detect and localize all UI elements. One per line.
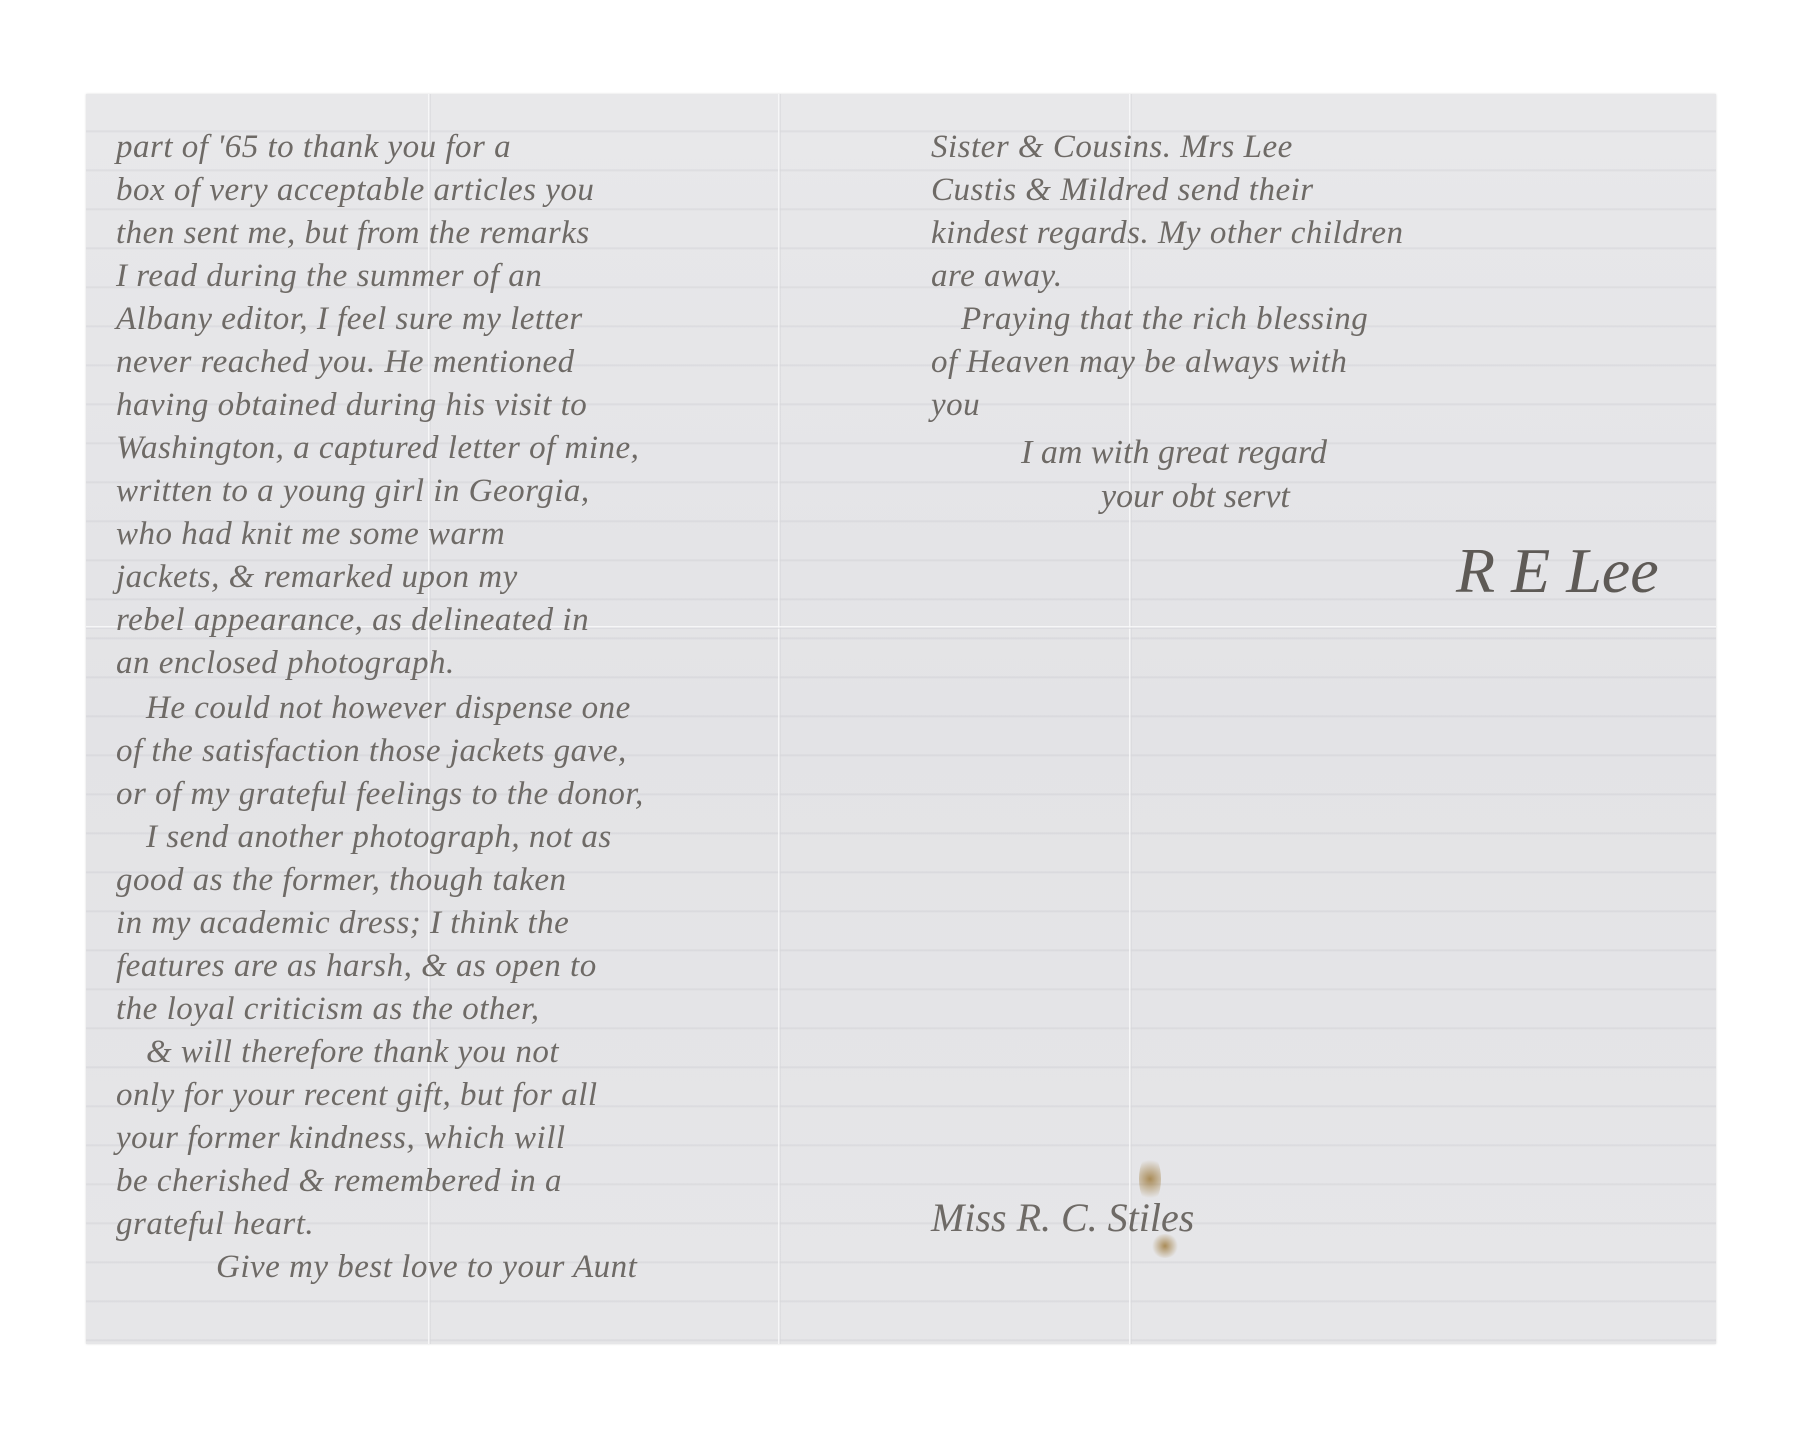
ink-stain — [1139, 1154, 1161, 1204]
text-line: in my academic dress; I think the — [116, 905, 569, 942]
text-line: the loyal criticism as the other, — [116, 991, 539, 1028]
letter-sheet: part of '65 to thank you for a box of ve… — [86, 94, 1716, 1344]
text-line: rebel appearance, as delineated in — [116, 602, 589, 639]
text-line: of the satisfaction those jackets gave, — [116, 733, 627, 770]
text-line: Give my best love to your Aunt — [216, 1249, 637, 1286]
text-line: never reached you. He mentioned — [116, 344, 575, 381]
signature: R E Lee — [1456, 534, 1659, 608]
text-line: having obtained during his visit to — [116, 387, 587, 424]
text-line: grateful heart. — [116, 1206, 314, 1243]
right-page: Sister & Cousins. Mrs Lee Custis & Mildr… — [901, 94, 1716, 1344]
text-line: you — [931, 387, 980, 424]
ink-stain — [1151, 1234, 1179, 1258]
text-line: who had knit me some warm — [116, 516, 505, 553]
text-line: features are as harsh, & as open to — [116, 948, 597, 985]
closing-line: I am with great regard — [1021, 434, 1327, 472]
text-line: are away. — [931, 258, 1063, 295]
text-line: of Heaven may be always with — [931, 344, 1347, 381]
text-line: & will therefore thank you not — [146, 1034, 559, 1071]
text-line: Sister & Cousins. Mrs Lee — [931, 129, 1293, 166]
closing-line: your obt servt — [1101, 478, 1290, 516]
text-line: good as the former, though taken — [116, 862, 566, 899]
text-line: box of very acceptable articles you — [116, 172, 594, 209]
text-line: written to a young girl in Georgia, — [116, 473, 590, 510]
text-line: kindest regards. My other children — [931, 215, 1404, 252]
text-line: Custis & Mildred send their — [931, 172, 1314, 209]
text-line: Albany editor, I feel sure my letter — [116, 301, 583, 338]
text-line: then sent me, but from the remarks — [116, 215, 590, 252]
left-page: part of '65 to thank you for a box of ve… — [86, 94, 901, 1344]
text-line: only for your recent gift, but for all — [116, 1077, 598, 1114]
text-line: Washington, a captured letter of mine, — [116, 430, 639, 467]
text-line: I send another photograph, not as — [146, 819, 612, 856]
text-line: jackets, & remarked upon my — [116, 559, 518, 596]
text-line: part of '65 to thank you for a — [116, 129, 511, 166]
text-line: Praying that the rich blessing — [961, 301, 1368, 338]
text-line: be cherished & remembered in a — [116, 1163, 562, 1200]
text-line: an enclosed photograph. — [116, 645, 455, 682]
text-line: I read during the summer of an — [116, 258, 542, 295]
text-line: He could not however dispense one — [146, 690, 631, 727]
text-line: your former kindness, which will — [116, 1120, 566, 1157]
text-line: or of my grateful feelings to the donor, — [116, 776, 644, 813]
